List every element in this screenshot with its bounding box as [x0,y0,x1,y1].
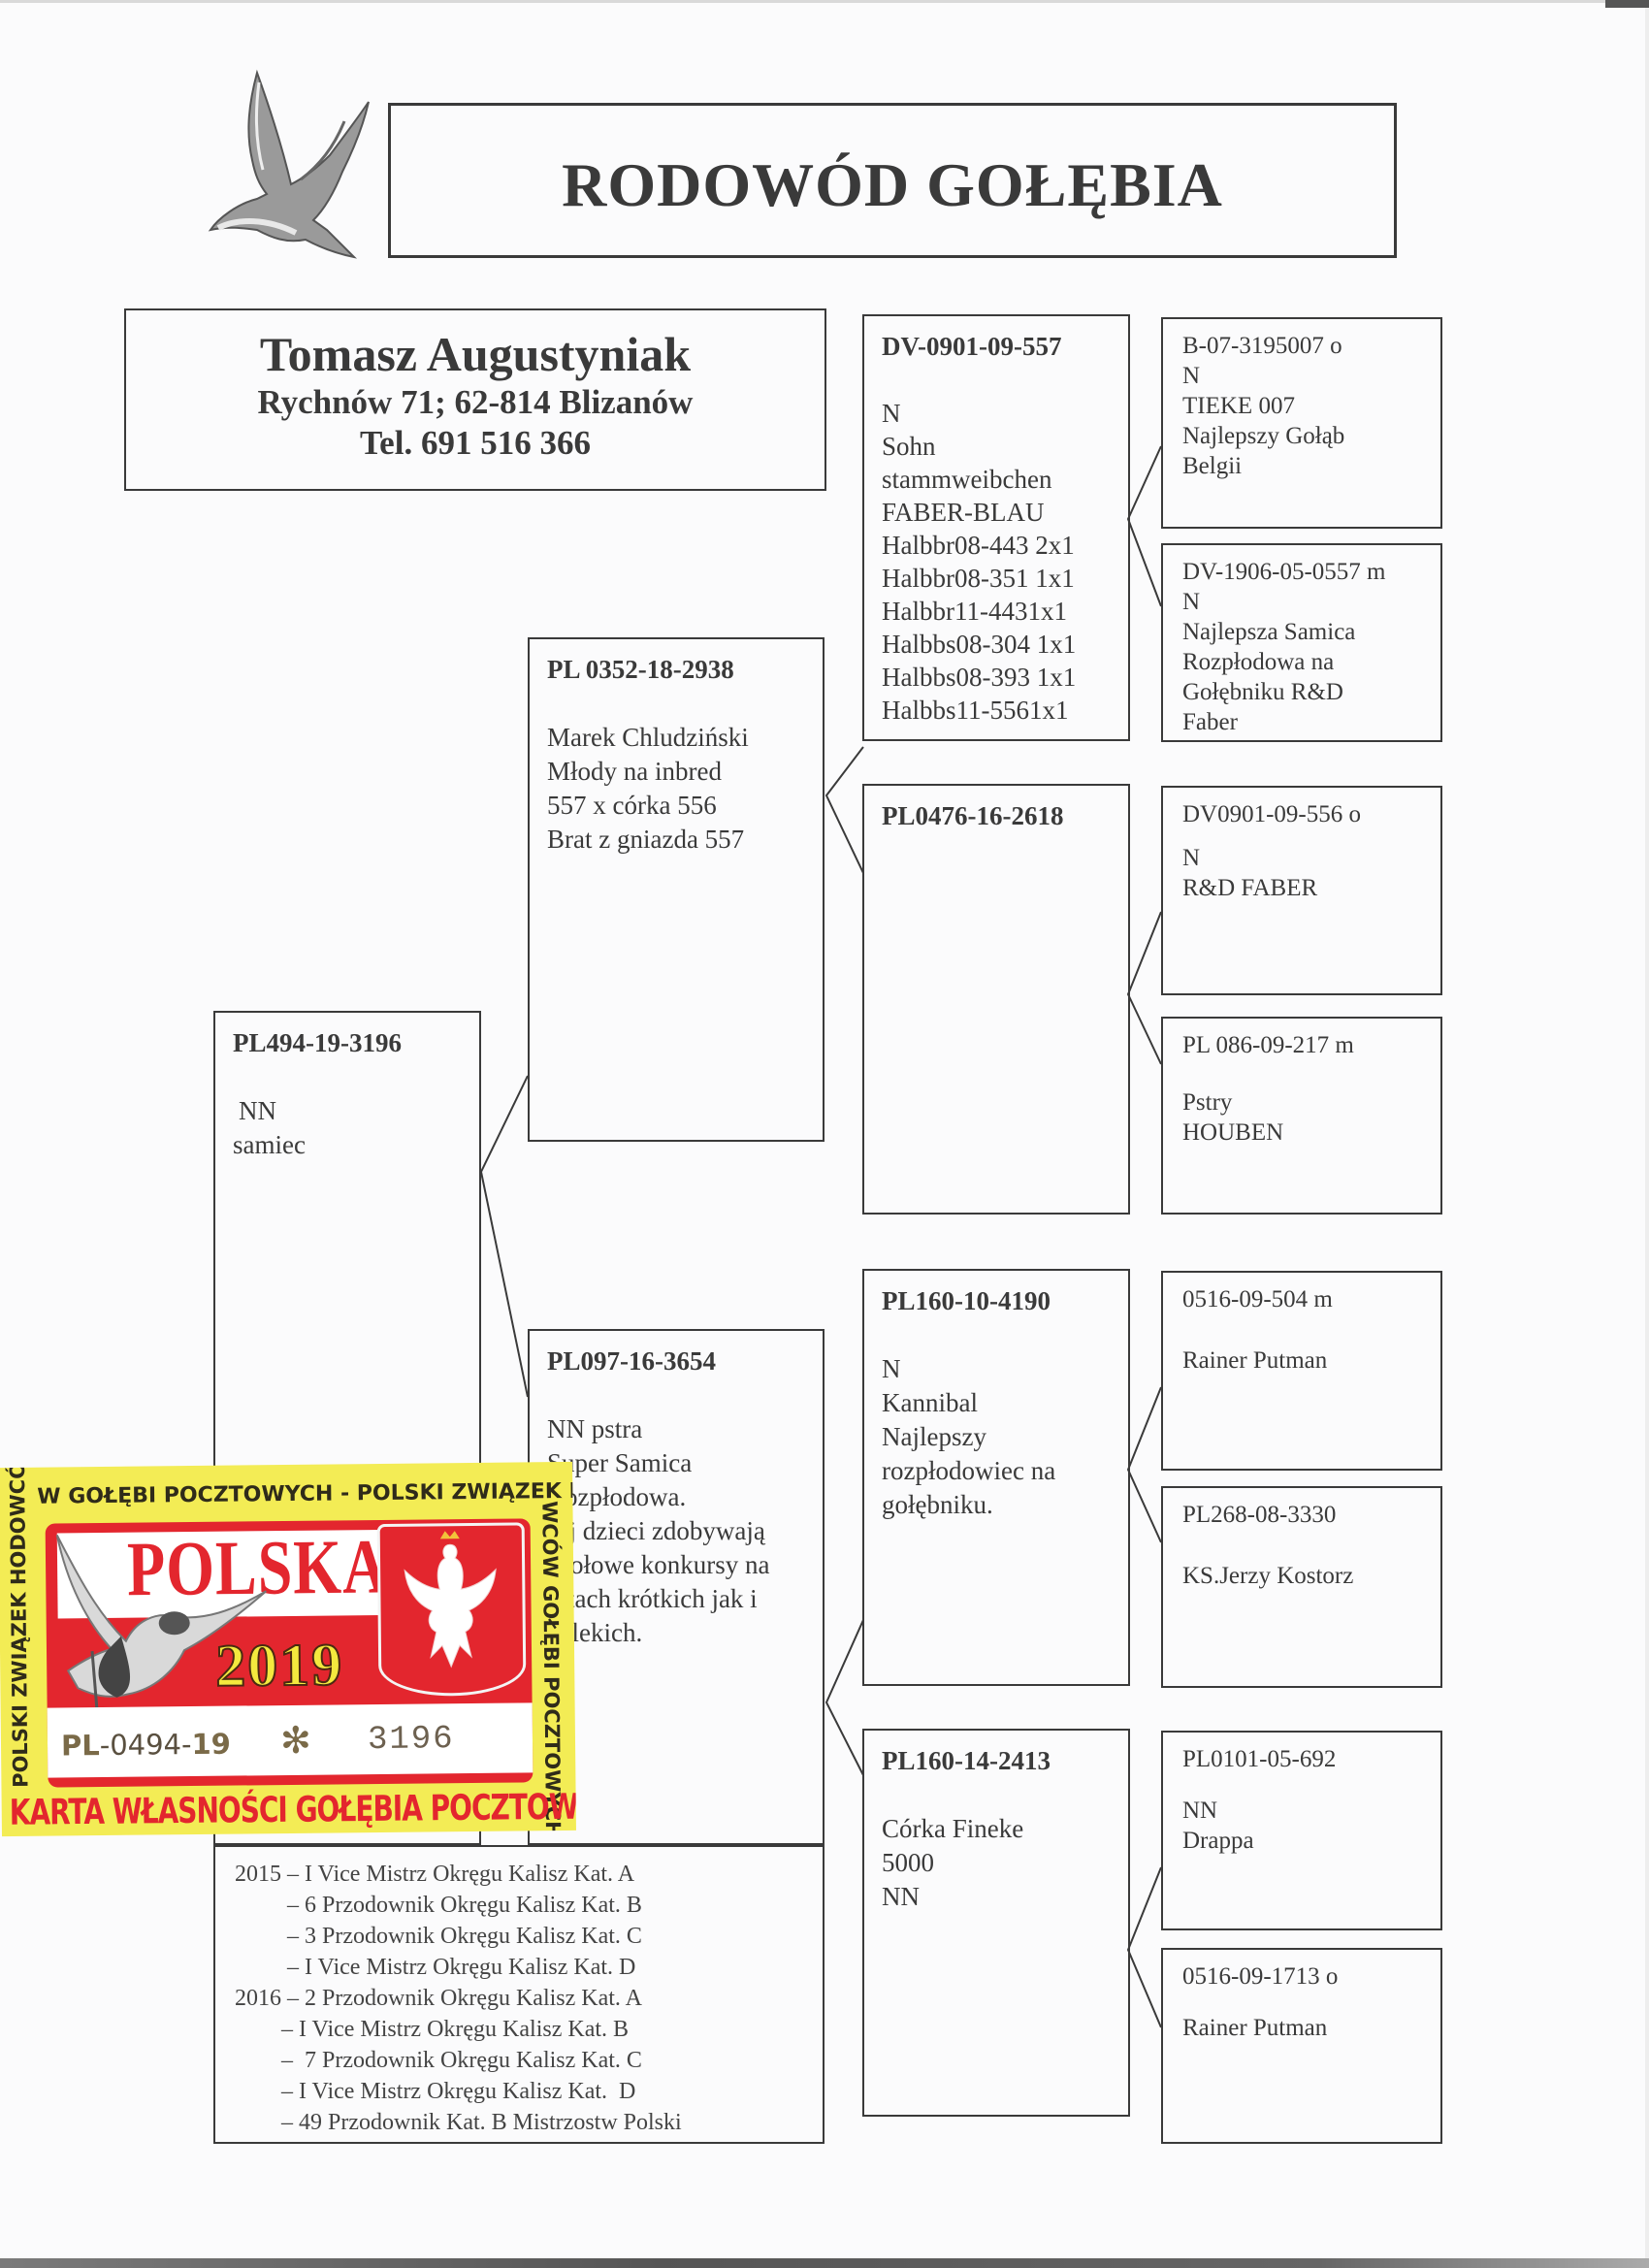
pedigree-sire-dam: PL0476-16-2618 [862,784,1130,1215]
pedigree-line: dalekich. [547,1616,805,1650]
pedigree-line: Belgii [1182,451,1421,481]
scan-top-edge [0,0,1649,3]
pedigree-line: NN [233,1094,462,1128]
pedigree-line: FABER-BLAU [882,496,1111,529]
title-box: RODOWÓD GOŁĘBIA [388,103,1397,258]
pedigree-sire: PL 0352-18-2938 Marek Chludziński Młody … [528,637,824,1142]
owner-phone: Tel. 691 516 366 [126,423,824,464]
pedigree-gen3-1: B-07-3195007 o N TIEKE 007 Najlepszy Goł… [1161,317,1442,529]
pedigree-line: N [1182,843,1421,873]
ring-number: B-07-3195007 o [1182,331,1421,361]
pedigree-line: czołowe konkursy na [547,1548,805,1582]
pedigree-gen3-6: PL268-08-3330 KS.Jerzy Kostorz [1161,1486,1442,1688]
achievement-line: – 49 Przodownik Kat. B Mistrzostw Polski [235,2107,803,2138]
scan-right-edge [1645,8,1649,2258]
pedigree-line: KS.Jerzy Kostorz [1182,1561,1421,1591]
ownership-card: W GOŁĘBI POCZTOWYCH - POLSKI ZWIĄZEK HOD… [0,1462,576,1836]
ring-number: PL0476-16-2618 [882,799,1111,833]
owner-name: Tomasz Augustyniak [126,326,824,382]
pedigree-line: lotach krótkich jak i [547,1582,805,1616]
card-ring-prefix: PL [61,1729,100,1762]
ring-number: 0516-09-1713 o [1182,1961,1421,1992]
pedigree-gen3-5: 0516-09-504 m Rainer Putman [1161,1271,1442,1471]
pedigree-line: Najlepsza Samica [1182,617,1421,647]
pedigree-line: rozpłodowiec na [882,1454,1111,1488]
owner-address: Rychnów 71; 62-814 Blizanów [126,382,824,423]
pedigree-gen3-7: PL0101-05-692 NN Drappa [1161,1731,1442,1930]
pedigree-line: Rainer Putman [1182,2013,1421,2043]
pedigree-line: TIEKE 007 [1182,391,1421,421]
scan-bottom-edge [0,2258,1649,2268]
ring-number: PL097-16-3654 [547,1345,805,1378]
ring-number: PL 086-09-217 m [1182,1030,1421,1060]
pedigree-gen3-2: DV-1906-05-0557 m N Najlepsza Samica Roz… [1161,543,1442,742]
ring-number: DV-0901-09-557 [882,330,1111,363]
card-left-text: POLSKI ZWIĄZEK HODOWCÓ [6,1462,33,1788]
pedigree-line: Marek Chludziński [547,721,805,755]
ring-number: PL494-19-3196 [233,1026,462,1060]
achievements-box: 2015 – I Vice Mistrz Okręgu Kalisz Kat. … [213,1845,824,2144]
pedigree-line: Super Samica [547,1446,805,1480]
pedigree-line: Jej dzieci zdobywają [547,1514,805,1548]
pedigree-line: Halbbr08-351 1x1 [882,562,1111,595]
pedigree-dam-sire: PL160-10-4190 N Kannibal Najlepszy rozpł… [862,1269,1130,1686]
card-ring-series: PL-0494-19 [61,1728,231,1763]
pedigree-line: Córka Fineke [882,1812,1111,1846]
scan-corner-shadow [1605,0,1649,8]
pedigree-gen3-8: 0516-09-1713 o Rainer Putman [1161,1948,1442,2144]
achievement-line: 2016 – 2 Przodownik Okręgu Kalisz Kat. A [235,1983,803,2014]
page-title: RODOWÓD GOŁĘBIA [562,149,1223,221]
card-ring-year: 19 [191,1728,231,1761]
pedigree-line: Młody na inbred [547,755,805,789]
flying-pigeon-icon [199,63,383,262]
achievement-line: – 6 Przodownik Okręgu Kalisz Kat. B [235,1890,803,1921]
achievement-line: 2015 – I Vice Mistrz Okręgu Kalisz Kat. … [235,1859,803,1890]
ring-number: PL0101-05-692 [1182,1744,1421,1774]
pedigree-line: Halbbs08-393 1x1 [882,661,1111,694]
pedigree-line: Rainer Putman [1182,1345,1421,1376]
ring-number: PL160-14-2413 [882,1744,1111,1778]
ring-number: 0516-09-504 m [1182,1284,1421,1314]
pedigree-line: Halbbr08-443 2x1 [882,529,1111,562]
pedigree-dam-dam: PL160-14-2413 Córka Fineke 5000 NN [862,1729,1130,2117]
pedigree-line: Brat z gniazda 557 [547,823,805,857]
pedigree-line: Halbbs11-5561x1 [882,694,1111,727]
card-top-text: W GOŁĘBI POCZTOWYCH - POLSKI ZWIĄZEK HOD… [37,1478,576,1509]
ring-number: DV-1906-05-0557 m [1182,557,1421,587]
asterisk-flower-icon: ✻ [280,1719,311,1763]
pedigree-line: N [882,1352,1111,1386]
pedigree-line: NN [882,1880,1111,1914]
pedigree-line: Drappa [1182,1826,1421,1856]
achievement-line: – I Vice Mistrz Okręgu Kalisz Kat. D [235,1952,803,1983]
pedigree-gen3-3: DV0901-09-556 o N R&D FABER [1161,786,1442,995]
ring-number: PL 0352-18-2938 [547,653,805,687]
achievement-line: – I Vice Mistrz Okręgu Kalisz Kat. D [235,2076,803,2107]
pedigree-gen3-4: PL 086-09-217 m Pstry HOUBEN [1161,1017,1442,1215]
pedigree-line: Rozpłodowa. [547,1480,805,1514]
pedigree-line: Najlepszy [882,1420,1111,1454]
pedigree-line: N [1182,361,1421,391]
card-ring-mid: -0494- [100,1728,192,1762]
pedigree-line: Pstry [1182,1087,1421,1118]
pedigree-line: Gołębniku R&D [1182,677,1421,707]
pedigree-line: Sohn [882,430,1111,463]
owner-box: Tomasz Augustyniak Rychnów 71; 62-814 Bl… [124,308,826,491]
pedigree-line: Halbbs08-304 1x1 [882,628,1111,661]
achievement-line: – I Vice Mistrz Okręgu Kalisz Kat. B [235,2014,803,2045]
pedigree-line: HOUBEN [1182,1118,1421,1148]
ring-number: DV0901-09-556 o [1182,799,1421,829]
ring-number: PL268-08-3330 [1182,1500,1421,1530]
card-caption: KARTA WŁASNOŚCI GOŁĘBIA POCZTOWEGO [10,1785,576,1833]
card-year: 2019 [215,1631,344,1701]
pedigree-line: Kannibal [882,1386,1111,1420]
pedigree-line: R&D FABER [1182,873,1421,903]
pedigree-line: samiec [233,1128,462,1162]
achievement-line: – 7 Przodownik Okręgu Kalisz Kat. C [235,2045,803,2076]
pedigree-line: NN pstra [547,1412,805,1446]
pedigree-line: Faber [1182,707,1421,737]
pedigree-line: Rozpłodowa na [1182,647,1421,677]
pedigree-line: NN [1182,1796,1421,1826]
pedigree-line: 557 x córka 556 [547,789,805,823]
card-ring-number: 3196 [368,1721,455,1759]
achievement-line: – 3 Przodownik Okręgu Kalisz Kat. C [235,1921,803,1952]
ring-number: PL160-10-4190 [882,1284,1111,1318]
pedigree-line: N [1182,587,1421,617]
pedigree-sire-sire: DV-0901-09-557 N Sohn stammweibchen FABE… [862,314,1130,741]
pedigree-line: Halbbr11-4431x1 [882,595,1111,628]
pedigree-line: Najlepszy Gołąb [1182,421,1421,451]
pedigree-line: 5000 [882,1846,1111,1880]
pedigree-line: gołębniku. [882,1488,1111,1522]
white-eagle-emblem-icon [397,1531,505,1677]
pedigree-line: stammweibchen [882,463,1111,496]
pedigree-line: N [882,397,1111,430]
